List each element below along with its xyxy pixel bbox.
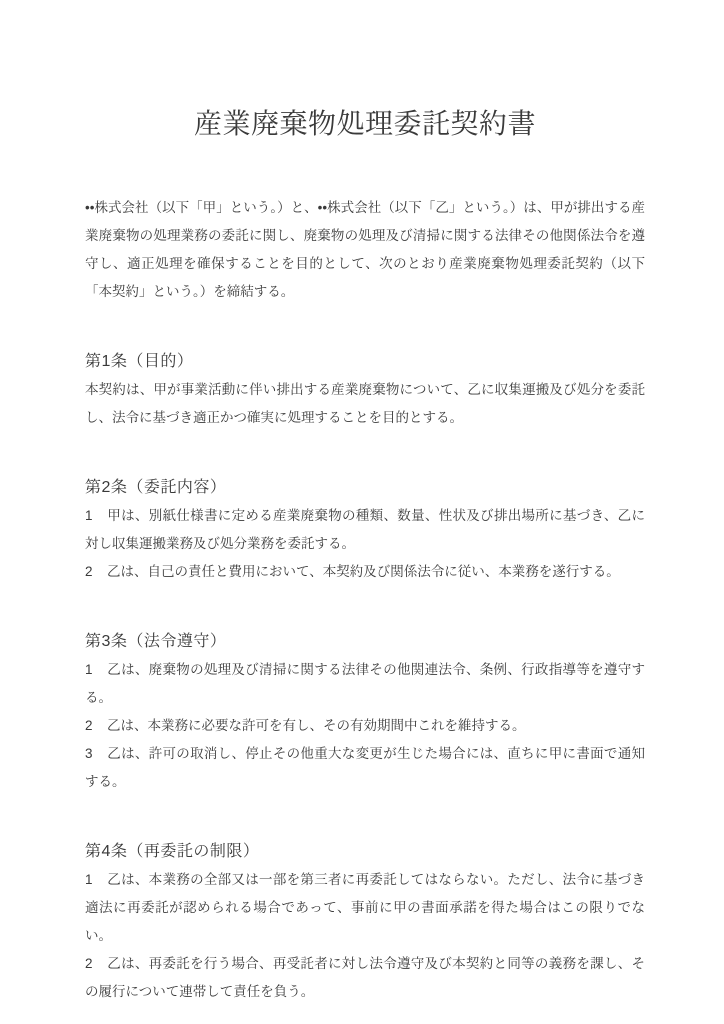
clause-number: 3: [85, 740, 107, 768]
article-1: 第1条（目的） 本契約は、甲が事業活動に伴い排出する産業廃棄物について、乙に収集…: [85, 348, 645, 432]
document-page: 産業廃棄物処理委託契約書 ••株式会社（以下「甲」という。）と、••株式会社（以…: [0, 0, 724, 1024]
article-4: 第4条（再委託の制限） 1乙は、本業務の全部又は一部を第三者に再委託してはならな…: [85, 838, 645, 1006]
clause-number: 1: [85, 866, 107, 894]
clause-number: 2: [85, 712, 107, 740]
article-1-heading: 第1条（目的）: [85, 348, 645, 376]
article-2: 第2条（委託内容） 1甲は、別紙仕様書に定める産業廃棄物の種類、数量、性状及び排…: [85, 474, 645, 586]
clause-text: 乙は、本業務に必要な許可を有し、その有効期間中これを維持する。: [107, 718, 526, 733]
clause-text: 乙は、許可の取消し、停止その他重大な変更が生じた場合には、直ちに甲に書面で通知す…: [85, 746, 645, 789]
intro-paragraph: ••株式会社（以下「甲」という。）と、••株式会社（以下「乙」という。）は、甲が…: [85, 194, 645, 306]
article-1-body: 本契約は、甲が事業活動に伴い排出する産業廃棄物について、乙に収集運搬及び処分を委…: [85, 376, 645, 432]
clause-text: 乙は、再委託を行う場合、再受託者に対し法令遵守及び本契約と同等の義務を課し、その…: [85, 956, 645, 999]
clause-item: 2乙は、本業務に必要な許可を有し、その有効期間中これを維持する。: [85, 712, 645, 740]
clause-item: 2乙は、再委託を行う場合、再受託者に対し法令遵守及び本契約と同等の義務を課し、そ…: [85, 950, 645, 1006]
clause-number: 1: [85, 502, 107, 530]
clause-number: 2: [85, 558, 107, 586]
clause-text: 甲は、別紙仕様書に定める産業廃棄物の種類、数量、性状及び排出場所に基づき、乙に対…: [85, 508, 645, 551]
document-title: 産業廃棄物処理委託契約書: [85, 104, 645, 144]
clause-number: 2: [85, 950, 107, 978]
clause-text: 乙は、廃棄物の処理及び清掃に関する法律その他関連法令、条例、行政指導等を遵守する…: [85, 662, 645, 705]
article-2-heading: 第2条（委託内容）: [85, 474, 645, 502]
article-3-heading: 第3条（法令遵守）: [85, 628, 645, 656]
clause-item: 1甲は、別紙仕様書に定める産業廃棄物の種類、数量、性状及び排出場所に基づき、乙に…: [85, 502, 645, 558]
clause-item: 1乙は、廃棄物の処理及び清掃に関する法律その他関連法令、条例、行政指導等を遵守す…: [85, 656, 645, 712]
clause-item: 2乙は、自己の責任と費用において、本契約及び関係法令に従い、本業務を遂行する。: [85, 558, 645, 586]
article-3: 第3条（法令遵守） 1乙は、廃棄物の処理及び清掃に関する法律その他関連法令、条例…: [85, 628, 645, 796]
clause-item: 3乙は、許可の取消し、停止その他重大な変更が生じた場合には、直ちに甲に書面で通知…: [85, 740, 645, 796]
article-4-heading: 第4条（再委託の制限）: [85, 838, 645, 866]
clause-item: 1乙は、本業務の全部又は一部を第三者に再委託してはならない。ただし、法令に基づき…: [85, 866, 645, 950]
clause-number: 1: [85, 656, 107, 684]
clause-text: 乙は、本業務の全部又は一部を第三者に再委託してはならない。ただし、法令に基づき適…: [85, 872, 645, 943]
clause-text: 乙は、自己の責任と費用において、本契約及び関係法令に従い、本業務を遂行する。: [107, 564, 620, 579]
